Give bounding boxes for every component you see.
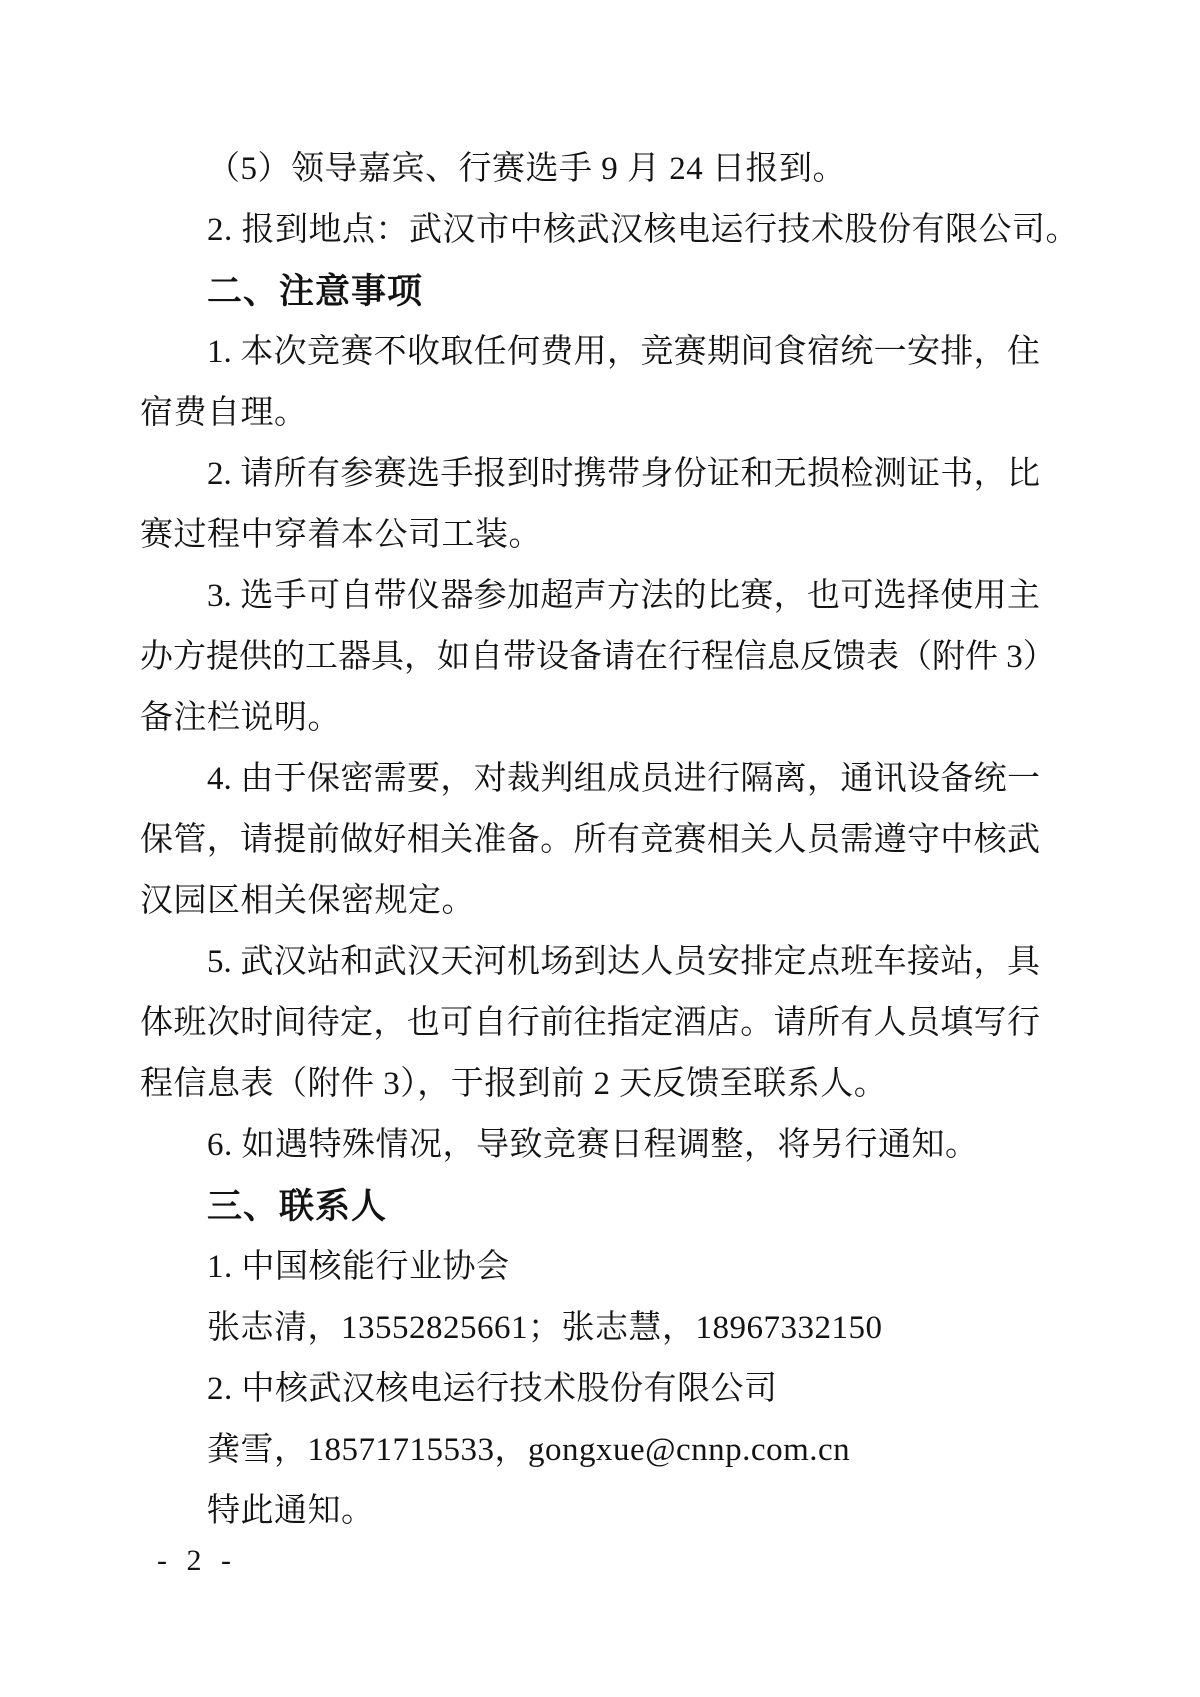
page-number: - 2 - [157,1541,237,1581]
paragraph-line: 6. 如遇特殊情况，导致竞赛日程调整，将另行通知。 [140,1115,1040,1176]
paragraph-line: 4. 由于保密需要，对裁判组成员进行隔离，通讯设备统一 [140,749,1040,810]
section-heading-contacts: 三、联系人 [140,1176,1040,1237]
paragraph-line: 宿费自理。 [140,383,1040,444]
paragraph-line: 体班次时间待定，也可自行前往指定酒店。请所有人员填写行 [140,993,1040,1054]
paragraph-line: 2. 报到地点：武汉市中核武汉核电运行技术股份有限公司。 [140,200,1040,261]
contact-person-line: 张志清，13552825661；张志慧，18967332150 [140,1298,1040,1359]
paragraph-line: 办方提供的工器具，如自带设备请在行程信息反馈表（附件 3） [140,627,1040,688]
paragraph-line: 1. 本次竞赛不收取任何费用，竞赛期间食宿统一安排，住 [140,322,1040,383]
section-heading-notes: 二、注意事项 [140,261,1040,322]
paragraph-line: 程信息表（附件 3），于报到前 2 天反馈至联系人。 [140,1054,1040,1115]
closing-line: 特此通知。 [140,1481,1040,1542]
contact-org-line: 2. 中核武汉核电运行技术股份有限公司 [140,1359,1040,1420]
paragraph-line: 汉园区相关保密规定。 [140,871,1040,932]
paragraph-line: 3. 选手可自带仪器参加超声方法的比赛，也可选择使用主 [140,566,1040,627]
notice-content: （5）领导嘉宾、行赛选手 9 月 24 日报到。 2. 报到地点：武汉市中核武汉… [140,139,1040,1542]
paragraph-line: 保管，请提前做好相关准备。所有竞赛相关人员需遵守中核武 [140,810,1040,871]
contact-person-line: 龚雪，18571715533，gongxue@cnnp.com.cn [140,1420,1040,1481]
paragraph-line: 5. 武汉站和武汉天河机场到达人员安排定点班车接站，具 [140,932,1040,993]
paragraph-line: 2. 请所有参赛选手报到时携带身份证和无损检测证书，比 [140,444,1040,505]
paragraph-line: 备注栏说明。 [140,688,1040,749]
paragraph-line: （5）领导嘉宾、行赛选手 9 月 24 日报到。 [140,139,1040,200]
paragraph-line: 赛过程中穿着本公司工装。 [140,505,1040,566]
contact-org-line: 1. 中国核能行业协会 [140,1237,1040,1298]
document-page: （5）领导嘉宾、行赛选手 9 月 24 日报到。 2. 报到地点：武汉市中核武汉… [0,0,1200,1697]
